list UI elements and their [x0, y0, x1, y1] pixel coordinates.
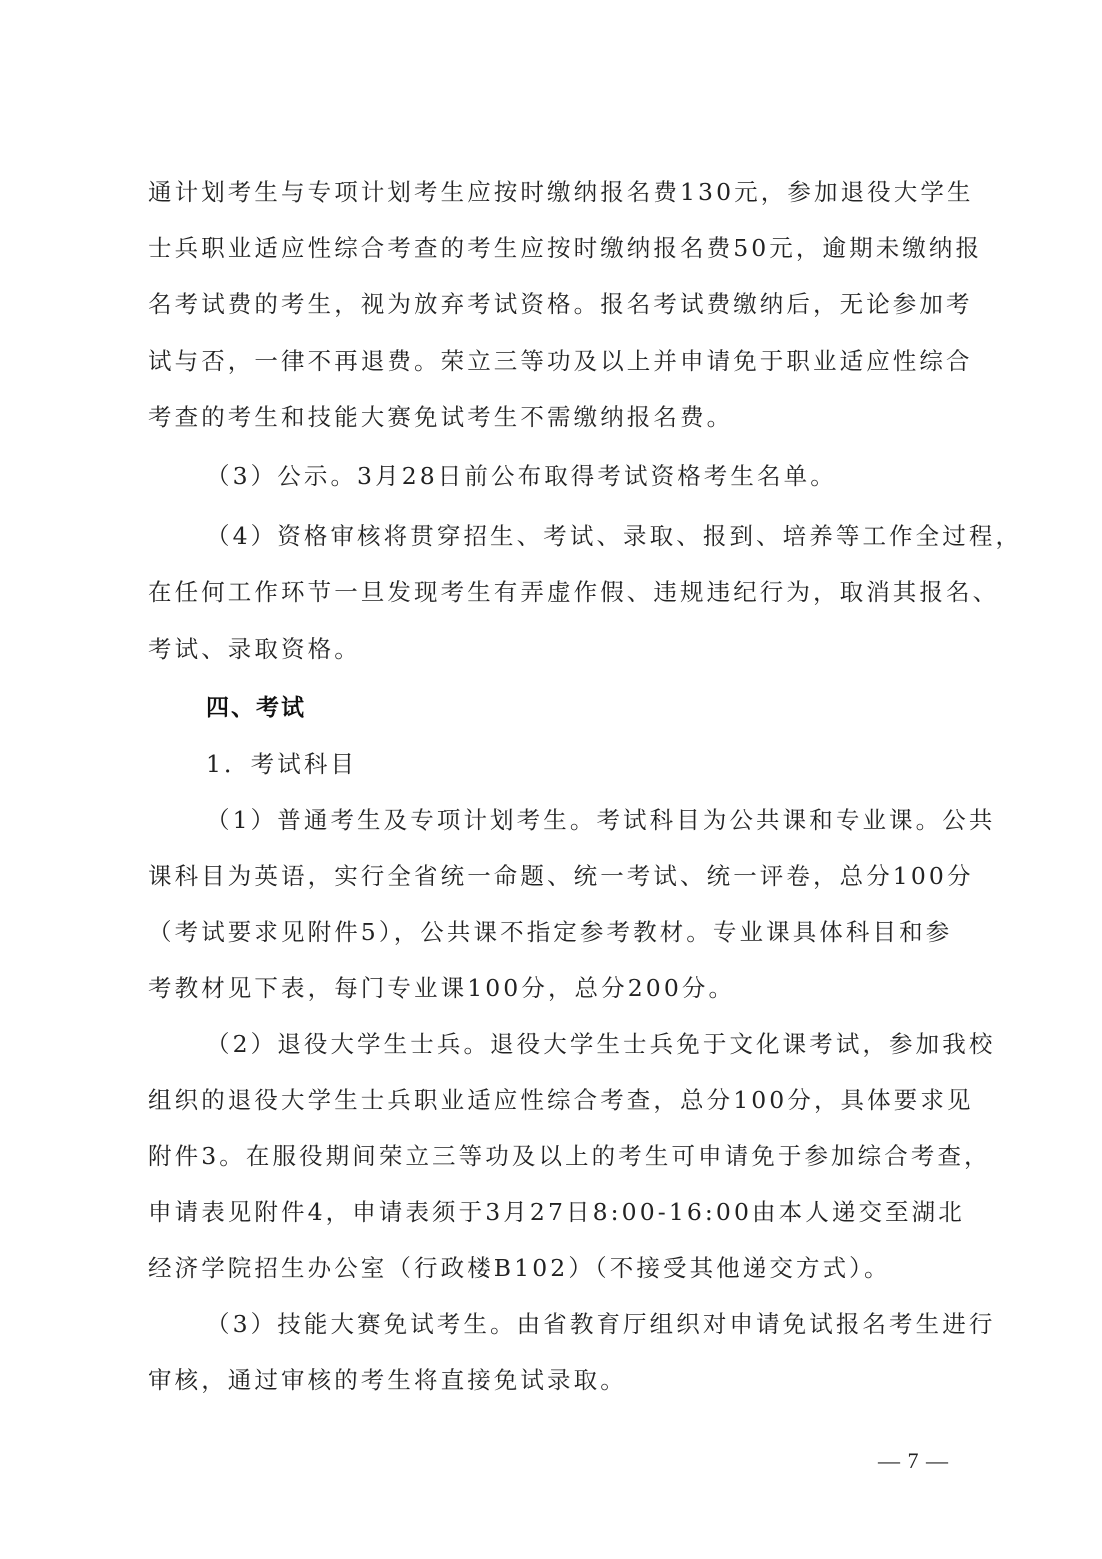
body-text-line: 考教材见下表，每门专业课100分，总分200分。	[148, 972, 735, 1004]
body-text-line: （考试要求见附件5），公共课不指定参考教材。专业课具体科目和参	[148, 916, 952, 948]
body-text-line: 课科目为英语，实行全省统一命题、统一考试、统一评卷，总分100分	[148, 860, 974, 892]
body-text-line: 组织的退役大学生士兵职业适应性综合考查，总分100分，具体要求见	[148, 1084, 974, 1116]
body-text-line: 名考试费的考生，视为放弃考试资格。报名考试费缴纳后，无论参加考	[148, 288, 973, 320]
body-text-line: （3）公示。3月28日前公布取得考试资格考生名单。	[206, 460, 837, 492]
body-text-line: 通计划考生与专项计划考生应按时缴纳报名费130元，参加退役大学生	[148, 176, 974, 208]
subsection-heading: 1．考试科目	[206, 748, 357, 780]
body-text-line: 士兵职业适应性综合考查的考生应按时缴纳报名费50元，逾期未缴纳报	[148, 232, 982, 264]
body-text-line: 附件3。在服役期间荣立三等功及以上的考生可申请免于参加综合考查，	[148, 1140, 991, 1172]
body-text-line: 考试、录取资格。	[148, 633, 361, 665]
page-number: — 7 —	[878, 1447, 949, 1475]
body-text-line: （2）退役大学生士兵。退役大学生士兵免于文化课考试，参加我校	[206, 1028, 995, 1060]
body-text-line: 试与否，一律不再退费。荣立三等功及以上并申请免于职业适应性综合	[148, 345, 973, 377]
body-text-line: （3）技能大赛免试考生。由省教育厅组织对申请免试报名考生进行	[206, 1308, 995, 1340]
body-text-line: 审核，通过审核的考生将直接免试录取。	[148, 1364, 627, 1396]
body-text-line: （1）普通考生及专项计划考生。考试科目为公共课和专业课。公共	[206, 804, 995, 836]
body-text-line: 经济学院招生办公室（行政楼B102）（不接受其他递交方式）。	[148, 1252, 891, 1284]
document-page: 通计划考生与专项计划考生应按时缴纳报名费130元，参加退役大学生 士兵职业适应性…	[0, 0, 1102, 1559]
section-heading: 四、考试	[206, 692, 306, 724]
body-text-line: 在任何工作环节一旦发现考生有弄虚作假、违规违纪行为，取消其报名、	[148, 576, 999, 608]
body-text-line: 申请表见附件4，申请表须于3月27日8:00-16:00由本人递交至湖北	[148, 1196, 965, 1228]
body-text-line: （4）资格审核将贯穿招生、考试、录取、报到、培养等工作全过程，	[206, 520, 1022, 552]
body-text-line: 考查的考生和技能大赛免试考生不需缴纳报名费。	[148, 401, 733, 433]
